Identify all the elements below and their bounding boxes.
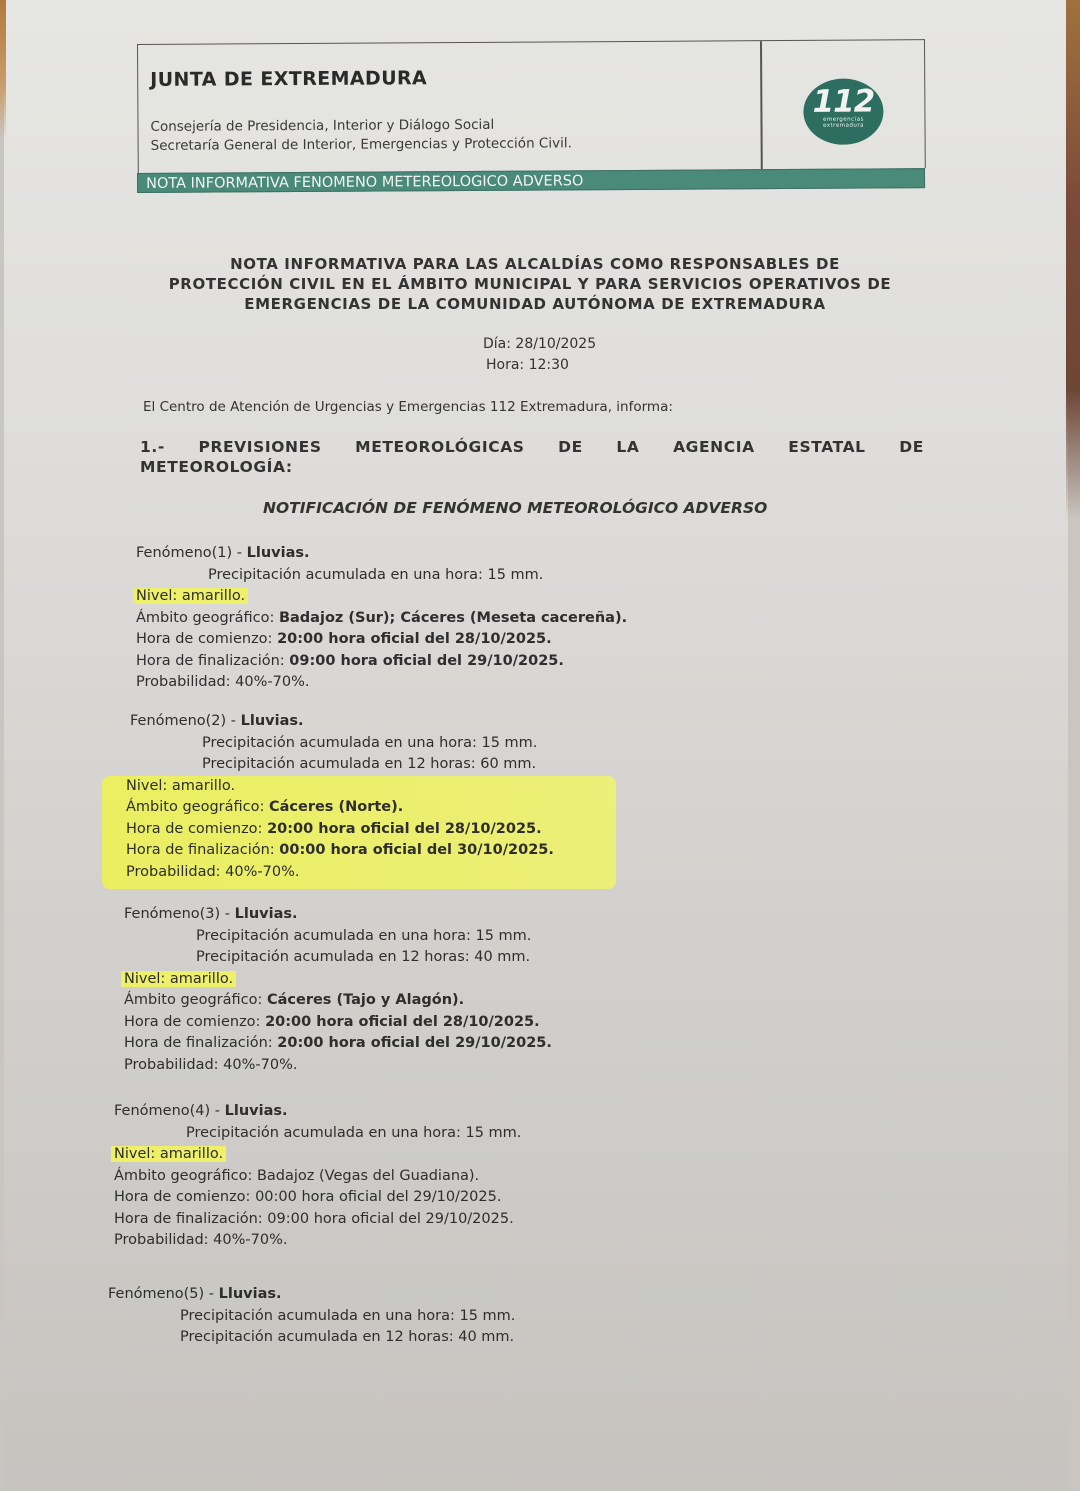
section-1-heading-line-2: METEOROLOGÍA: <box>140 457 924 477</box>
end-label: Hora de finalización: <box>126 842 279 858</box>
phenomenon-heading: Fenómeno(4) - Lluvias. <box>114 1101 521 1123</box>
phenomenon-5: Fenómeno(5) - Lluvias. Precipitación acu… <box>108 1284 515 1349</box>
phenomenon-heading: Fenómeno(3) - Lluvias. <box>124 904 552 926</box>
area-line: Ámbito geográfico: Cáceres (Norte). <box>126 797 586 819</box>
end-label: Hora de finalización: <box>136 653 289 669</box>
letterhead: JUNTA DE EXTREMADURA Consejería de Presi… <box>137 39 926 173</box>
probability-line: Probabilidad: 40%-70%. <box>126 862 586 884</box>
heading-word: METEOROLÓGICAS <box>355 437 524 457</box>
heading-word: 1.- <box>140 437 165 457</box>
probability-line: Probabilidad: 40%-70%. <box>114 1230 521 1252</box>
precipitation-line: Precipitación acumulada en una hora: 15 … <box>124 926 552 948</box>
heading-word: ESTATAL <box>788 437 865 457</box>
heading-word: LA <box>616 437 639 457</box>
phenomenon-type: Lluvias. <box>235 906 298 922</box>
phenomenon-4: Fenómeno(4) - Lluvias. Precipitación acu… <box>114 1101 521 1252</box>
notification-subtitle: NOTIFICACIÓN DE FENÓMENO METEOROLÓGICO A… <box>263 499 767 517</box>
start-label: Hora de comienzo: <box>126 821 267 837</box>
phenomenon-type: Lluvias. <box>247 545 310 561</box>
start-value: 20:00 hora oficial del 28/10/2025. <box>277 631 552 647</box>
end-label: Hora de finalización: <box>124 1035 277 1051</box>
area-value: Cáceres (Tajo y Alagón). <box>267 992 464 1008</box>
area-line: Ámbito geográfico: Badajoz (Vegas del Gu… <box>114 1166 521 1188</box>
end-value: 00:00 hora oficial del 30/10/2025. <box>279 842 554 858</box>
level-line: Nivel: amarillo. <box>126 776 586 798</box>
section-1-heading-line-1: 1.-PREVISIONESMETEOROLÓGICASDELAAGENCIAE… <box>140 437 924 457</box>
end-value: 20:00 hora oficial del 29/10/2025. <box>277 1035 552 1051</box>
probability-line: Probabilidad: 40%-70%. <box>124 1055 552 1077</box>
end-line: Hora de finalización: 09:00 hora oficial… <box>114 1209 521 1231</box>
precipitation-line: Precipitación acumulada en 12 horas: 40 … <box>108 1327 515 1349</box>
start-line: Hora de comienzo: 20:00 hora oficial del… <box>136 629 627 651</box>
phenomenon-2: Fenómeno(2) - Lluvias. Precipitación acu… <box>130 711 586 889</box>
level-highlight: Nivel: amarillo. <box>111 1146 226 1162</box>
phenomenon-heading: Fenómeno(2) - Lluvias. <box>130 711 586 733</box>
end-line: Hora de finalización: 20:00 hora oficial… <box>124 1033 552 1055</box>
level-highlight: Nivel: amarillo. <box>121 971 236 987</box>
end-line: Hora de finalización: 00:00 hora oficial… <box>126 840 586 862</box>
document-time: Hora: 12:30 <box>486 357 569 373</box>
phenomenon-3: Fenómeno(3) - Lluvias. Precipitación acu… <box>124 904 552 1076</box>
area-line: Ámbito geográfico: Badajoz (Sur); Cácere… <box>136 608 627 630</box>
precipitation-line: Precipitación acumulada en 12 horas: 40 … <box>124 947 552 969</box>
end-line: Hora de finalización: 09:00 hora oficial… <box>136 651 627 673</box>
start-label: Hora de comienzo: <box>124 1014 265 1030</box>
phenomenon-type: Lluvias. <box>219 1286 282 1302</box>
start-line: Hora de comienzo: 00:00 hora oficial del… <box>114 1187 521 1209</box>
precipitation-line: Precipitación acumulada en una hora: 15 … <box>136 565 627 587</box>
heading-word: DE <box>899 437 924 457</box>
phenomenon-type: Lluvias. <box>225 1103 288 1119</box>
intro-text: El Centro de Atención de Urgencias y Eme… <box>143 399 673 415</box>
phenomenon-1: Fenómeno(1) - Lluvias. Precipitación acu… <box>136 543 627 694</box>
start-value: 20:00 hora oficial del 28/10/2025. <box>267 821 542 837</box>
phenomenon-label: Fenómeno(1) - <box>136 545 247 561</box>
112-logo-icon: 112 emergencias extremadura <box>803 78 883 144</box>
area-label: Ámbito geográfico: <box>136 610 279 626</box>
area-label: Ámbito geográfico: <box>124 992 267 1008</box>
start-label: Hora de comienzo: <box>114 1189 255 1205</box>
start-value: 20:00 hora oficial del 28/10/2025. <box>265 1014 540 1030</box>
phenomenon-label: Fenómeno(4) - <box>114 1103 225 1119</box>
title-line-3: EMERGENCIAS DE LA COMUNIDAD AUTÓNOMA DE … <box>140 294 930 314</box>
area-value: Cáceres (Norte). <box>269 799 403 815</box>
phenomenon-label: Fenómeno(2) - <box>130 713 241 729</box>
end-value: 09:00 hora oficial del 29/10/2025. <box>267 1211 513 1227</box>
end-value: 09:00 hora oficial del 29/10/2025. <box>289 653 564 669</box>
start-label: Hora de comienzo: <box>136 631 277 647</box>
precipitation-line: Precipitación acumulada en una hora: 15 … <box>130 733 586 755</box>
start-value: 00:00 hora oficial del 29/10/2025. <box>255 1189 501 1205</box>
section-1-heading: 1.-PREVISIONESMETEOROLÓGICASDELAAGENCIAE… <box>140 437 924 477</box>
phenomenon-heading: Fenómeno(1) - Lluvias. <box>136 543 627 565</box>
area-value: Badajoz (Vegas del Guadiana). <box>257 1168 479 1184</box>
document-title: NOTA INFORMATIVA PARA LAS ALCALDÍAS COMO… <box>140 254 930 314</box>
area-label: Ámbito geográfico: <box>114 1168 257 1184</box>
area-label: Ámbito geográfico: <box>126 799 269 815</box>
end-label: Hora de finalización: <box>114 1211 267 1227</box>
letterhead-divider <box>760 41 762 169</box>
title-line-2: PROTECCIÓN CIVIL EN EL ÁMBITO MUNICIPAL … <box>130 274 930 294</box>
title-line-1: NOTA INFORMATIVA PARA LAS ALCALDÍAS COMO… <box>140 254 930 274</box>
heading-word: PREVISIONES <box>199 437 322 457</box>
heading-word: AGENCIA <box>673 437 755 457</box>
table-edge-left <box>0 0 6 140</box>
document-date: Día: 28/10/2025 <box>483 336 596 352</box>
phenomenon-heading: Fenómeno(5) - Lluvias. <box>108 1284 515 1306</box>
precipitation-line: Precipitación acumulada en 12 horas: 60 … <box>130 754 586 776</box>
probability-line: Probabilidad: 40%-70%. <box>136 672 627 694</box>
logo-subtitle-2: extremadura <box>803 122 883 128</box>
area-value: Badajoz (Sur); Cáceres (Meseta cacereña)… <box>279 610 627 626</box>
phenomenon-label: Fenómeno(5) - <box>108 1286 219 1302</box>
phenomenon-type: Lluvias. <box>241 713 304 729</box>
heading-word: DE <box>558 437 583 457</box>
department-line-1: Consejería de Presidencia, Interior y Di… <box>150 117 494 135</box>
precipitation-line: Precipitación acumulada en una hora: 15 … <box>108 1306 515 1328</box>
logo-number: 112 <box>803 86 883 116</box>
start-line: Hora de comienzo: 20:00 hora oficial del… <box>126 819 586 841</box>
table-edge-right <box>1066 0 1080 520</box>
department-line-2: Secretaría General de Interior, Emergenc… <box>151 135 572 154</box>
area-line: Ámbito geográfico: Cáceres (Tajo y Alagó… <box>124 990 552 1012</box>
highlighted-block: Nivel: amarillo. Ámbito geográfico: Cáce… <box>102 776 616 890</box>
phenomenon-label: Fenómeno(3) - <box>124 906 235 922</box>
level-highlight: Nivel: amarillo. <box>133 588 248 604</box>
start-line: Hora de comienzo: 20:00 hora oficial del… <box>124 1012 552 1034</box>
organization-name: JUNTA DE EXTREMADURA <box>150 67 427 91</box>
precipitation-line: Precipitación acumulada en una hora: 15 … <box>114 1123 521 1145</box>
